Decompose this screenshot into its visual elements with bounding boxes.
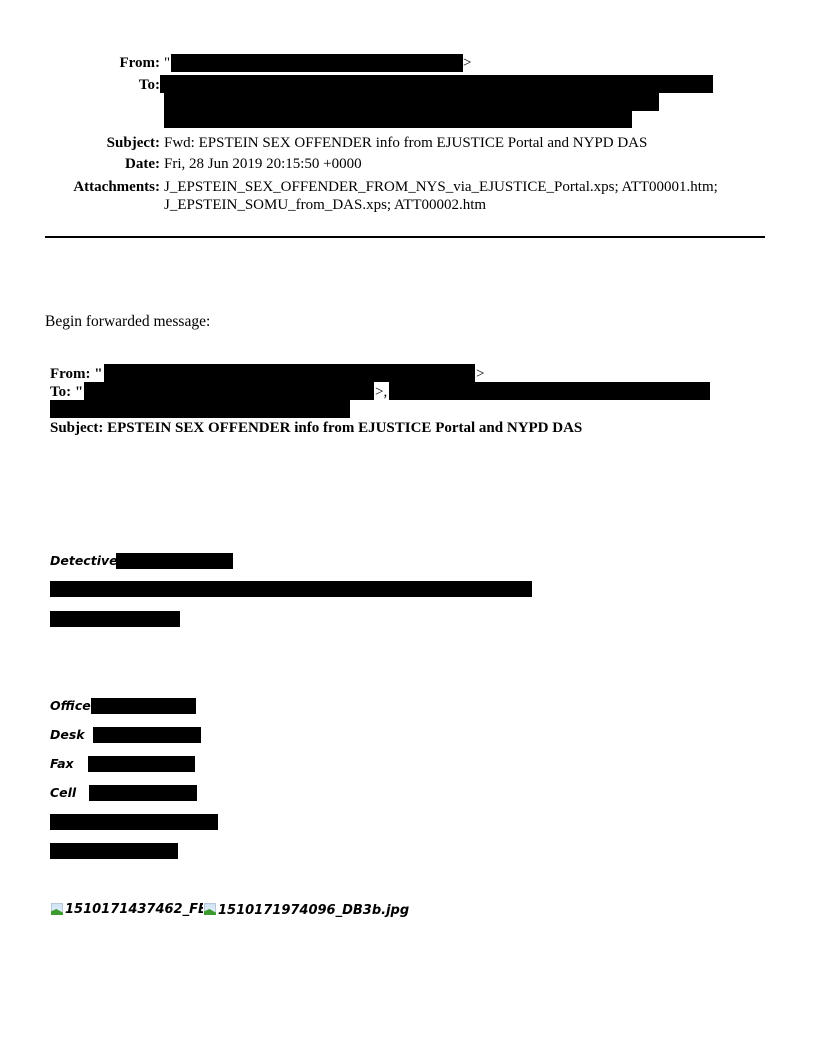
inline-images: 1510171437462_FBI1510171974096_DB3b.jpg — [50, 902, 409, 919]
redaction-fax — [88, 756, 195, 772]
redaction-line3 — [50, 611, 180, 627]
redaction-extra — [50, 843, 178, 859]
office-label: Office — [50, 698, 91, 714]
fwd-subject: Subject: EPSTEIN SEX OFFENDER info from … — [50, 419, 582, 437]
image-placeholder-2[interactable]: 1510171974096_DB3b.jpg — [203, 903, 409, 918]
attachments-label: Attachments: — [40, 178, 160, 196]
cell-label: Cell — [50, 785, 76, 801]
fwd-to-label: To: " — [50, 383, 83, 401]
fwd-to-separator: >, — [375, 383, 387, 401]
from-quote: " — [164, 54, 170, 72]
attachment-list-line1[interactable]: J_EPSTEIN_SEX_OFFENDER_FROM_NYS_via_EJUS… — [164, 178, 718, 196]
signature-title: Detective — [50, 553, 118, 569]
header-divider — [45, 236, 765, 238]
redaction-to-line1 — [160, 75, 713, 93]
date-value: Fri, 28 Jun 2019 20:15:50 +0000 — [164, 155, 362, 173]
redaction-email — [50, 814, 218, 830]
attachment-list-line2[interactable]: J_EPSTEIN_SOMU_from_DAS.xps; ATT00002.ht… — [164, 196, 486, 214]
redaction-fwd-to-2 — [389, 382, 710, 400]
fwd-from-label: From: " — [50, 365, 103, 383]
image-alt-1: 1510171437462_FBI — [65, 902, 203, 918]
redaction-fwd-to-3 — [50, 400, 350, 418]
redaction-detective-name — [116, 553, 233, 569]
from-bracket: > — [463, 54, 471, 72]
redaction-desk — [93, 727, 201, 743]
from-label: From: — [100, 54, 160, 72]
subject-value: Fwd: EPSTEIN SEX OFFENDER info from EJUS… — [164, 134, 647, 152]
broken-image-icon — [50, 902, 64, 916]
redaction-to-line3 — [164, 111, 632, 128]
fax-label: Fax — [50, 756, 74, 772]
redaction-to-line2 — [164, 93, 659, 111]
broken-image-icon — [203, 902, 217, 916]
fwd-from-bracket: > — [476, 365, 484, 383]
image-placeholder-1[interactable]: 1510171437462_FBI — [50, 903, 203, 918]
date-label: Date: — [60, 155, 160, 173]
redaction-cell — [89, 785, 197, 801]
desk-label: Desk — [50, 727, 85, 743]
redaction-unit — [50, 581, 532, 597]
forward-intro: Begin forwarded message: — [45, 313, 210, 331]
redaction-office — [91, 698, 196, 714]
to-label: To: — [100, 76, 160, 94]
redaction-from — [171, 54, 463, 72]
image-alt-2: 1510171974096_DB3b.jpg — [218, 903, 409, 918]
redaction-fwd-from — [104, 364, 475, 382]
redaction-fwd-to-1 — [84, 382, 374, 400]
subject-label: Subject: — [60, 134, 160, 152]
